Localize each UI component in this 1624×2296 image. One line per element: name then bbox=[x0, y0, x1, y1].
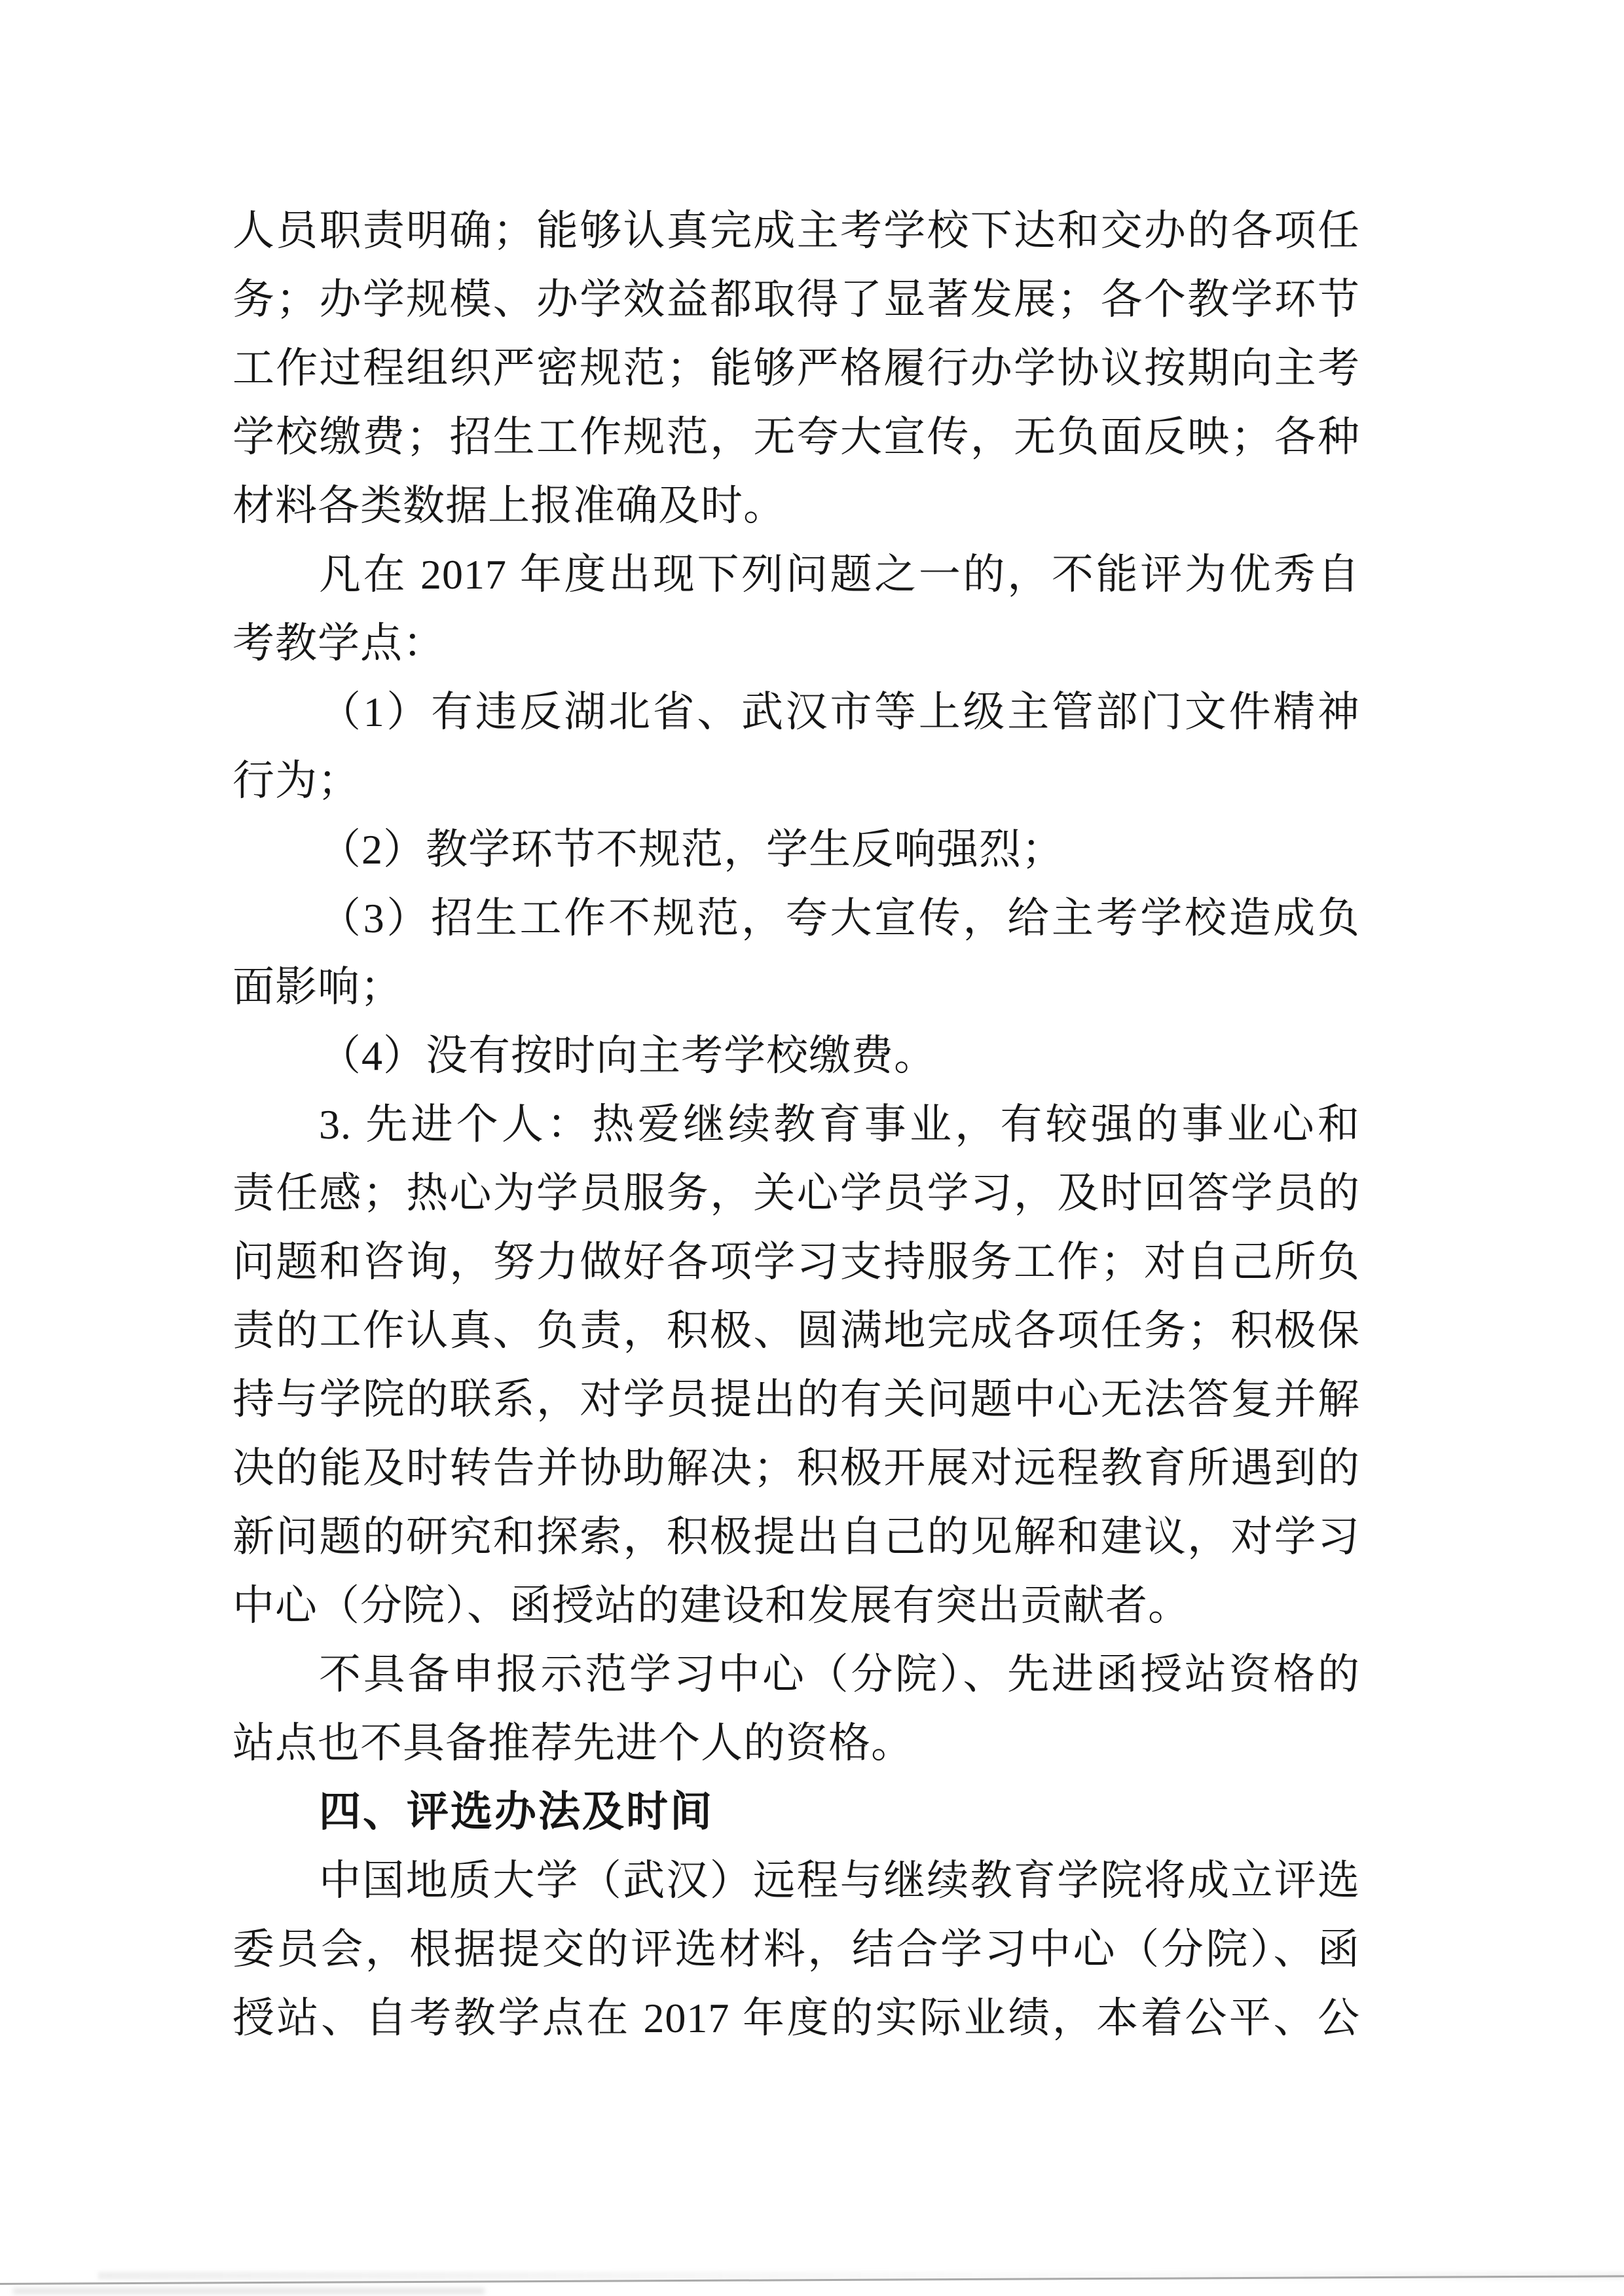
text-line: 持与学院的联系，对学员提出的有关问题中心无法答复并解 bbox=[232, 1365, 1360, 1434]
text-line: 3. 先进个人：热爱继续教育事业，有较强的事业心和 bbox=[232, 1090, 1360, 1159]
text-line: 问题和咨询，努力做好各项学习支持服务工作；对自己所负 bbox=[232, 1228, 1360, 1296]
text-line: 考教学点： bbox=[232, 609, 1360, 678]
scan-smudge bbox=[13, 2288, 485, 2294]
document-body: 人员职责明确；能够认真完成主考学校下达和交办的各项任务；办学规模、办学效益都取得… bbox=[232, 196, 1360, 2052]
text-line: （1）有违反湖北省、武汉市等上级主管部门文件精神 bbox=[232, 678, 1360, 746]
text-line: 人员职责明确；能够认真完成主考学校下达和交办的各项任 bbox=[232, 196, 1360, 265]
text-line: （4）没有按时向主考学校缴费。 bbox=[232, 1021, 1360, 1090]
text-line: 新问题的研究和探索，积极提出自己的见解和建议，对学习 bbox=[232, 1503, 1360, 1571]
text-line: 中心（分院）、函授站的建设和发展有突出贡献者。 bbox=[232, 1571, 1360, 1640]
section-heading: 四、评选办法及时间 bbox=[232, 1777, 1360, 1846]
text-line: 决的能及时转告并协助解决；积极开展对远程教育所遇到的 bbox=[232, 1434, 1360, 1503]
text-line: （3）招生工作不规范，夸大宣传，给主考学校造成负 bbox=[232, 884, 1360, 953]
text-line: 学校缴费；招生工作规范，无夸大宣传，无负面反映；各种 bbox=[232, 403, 1360, 471]
text-line: 务；办学规模、办学效益都取得了显著发展；各个教学环节 bbox=[232, 265, 1360, 334]
text-line: 站点也不具备推荐先进个人的资格。 bbox=[232, 1709, 1360, 1777]
text-line: 行为； bbox=[232, 746, 1360, 815]
text-line: 不具备申报示范学习中心（分院）、先进函授站资格的 bbox=[232, 1640, 1360, 1709]
scanned-page: 人员职责明确；能够认真完成主考学校下达和交办的各项任务；办学规模、办学效益都取得… bbox=[0, 0, 1624, 2296]
text-line: 中国地质大学（武汉）远程与继续教育学院将成立评选 bbox=[232, 1846, 1360, 1915]
text-line: 委员会，根据提交的评选材料，结合学习中心（分院）、函 bbox=[232, 1915, 1360, 1984]
text-line: 凡在 2017 年度出现下列问题之一的，不能评为优秀自 bbox=[232, 540, 1360, 609]
text-line: 授站、自考教学点在 2017 年度的实际业绩，本着公平、公 bbox=[232, 1984, 1360, 2052]
text-line: 材料各类数据上报准确及时。 bbox=[232, 471, 1360, 540]
text-line: 责的工作认真、负责，积极、圆满地完成各项任务；积极保 bbox=[232, 1296, 1360, 1365]
text-line: 工作过程组织严密规范；能够严格履行办学协议按期向主考 bbox=[232, 334, 1360, 403]
text-line: 面影响； bbox=[232, 953, 1360, 1021]
text-line: （2）教学环节不规范，学生反响强烈； bbox=[232, 815, 1360, 884]
text-line: 责任感；热心为学员服务，关心学员学习，及时回答学员的 bbox=[232, 1159, 1360, 1228]
